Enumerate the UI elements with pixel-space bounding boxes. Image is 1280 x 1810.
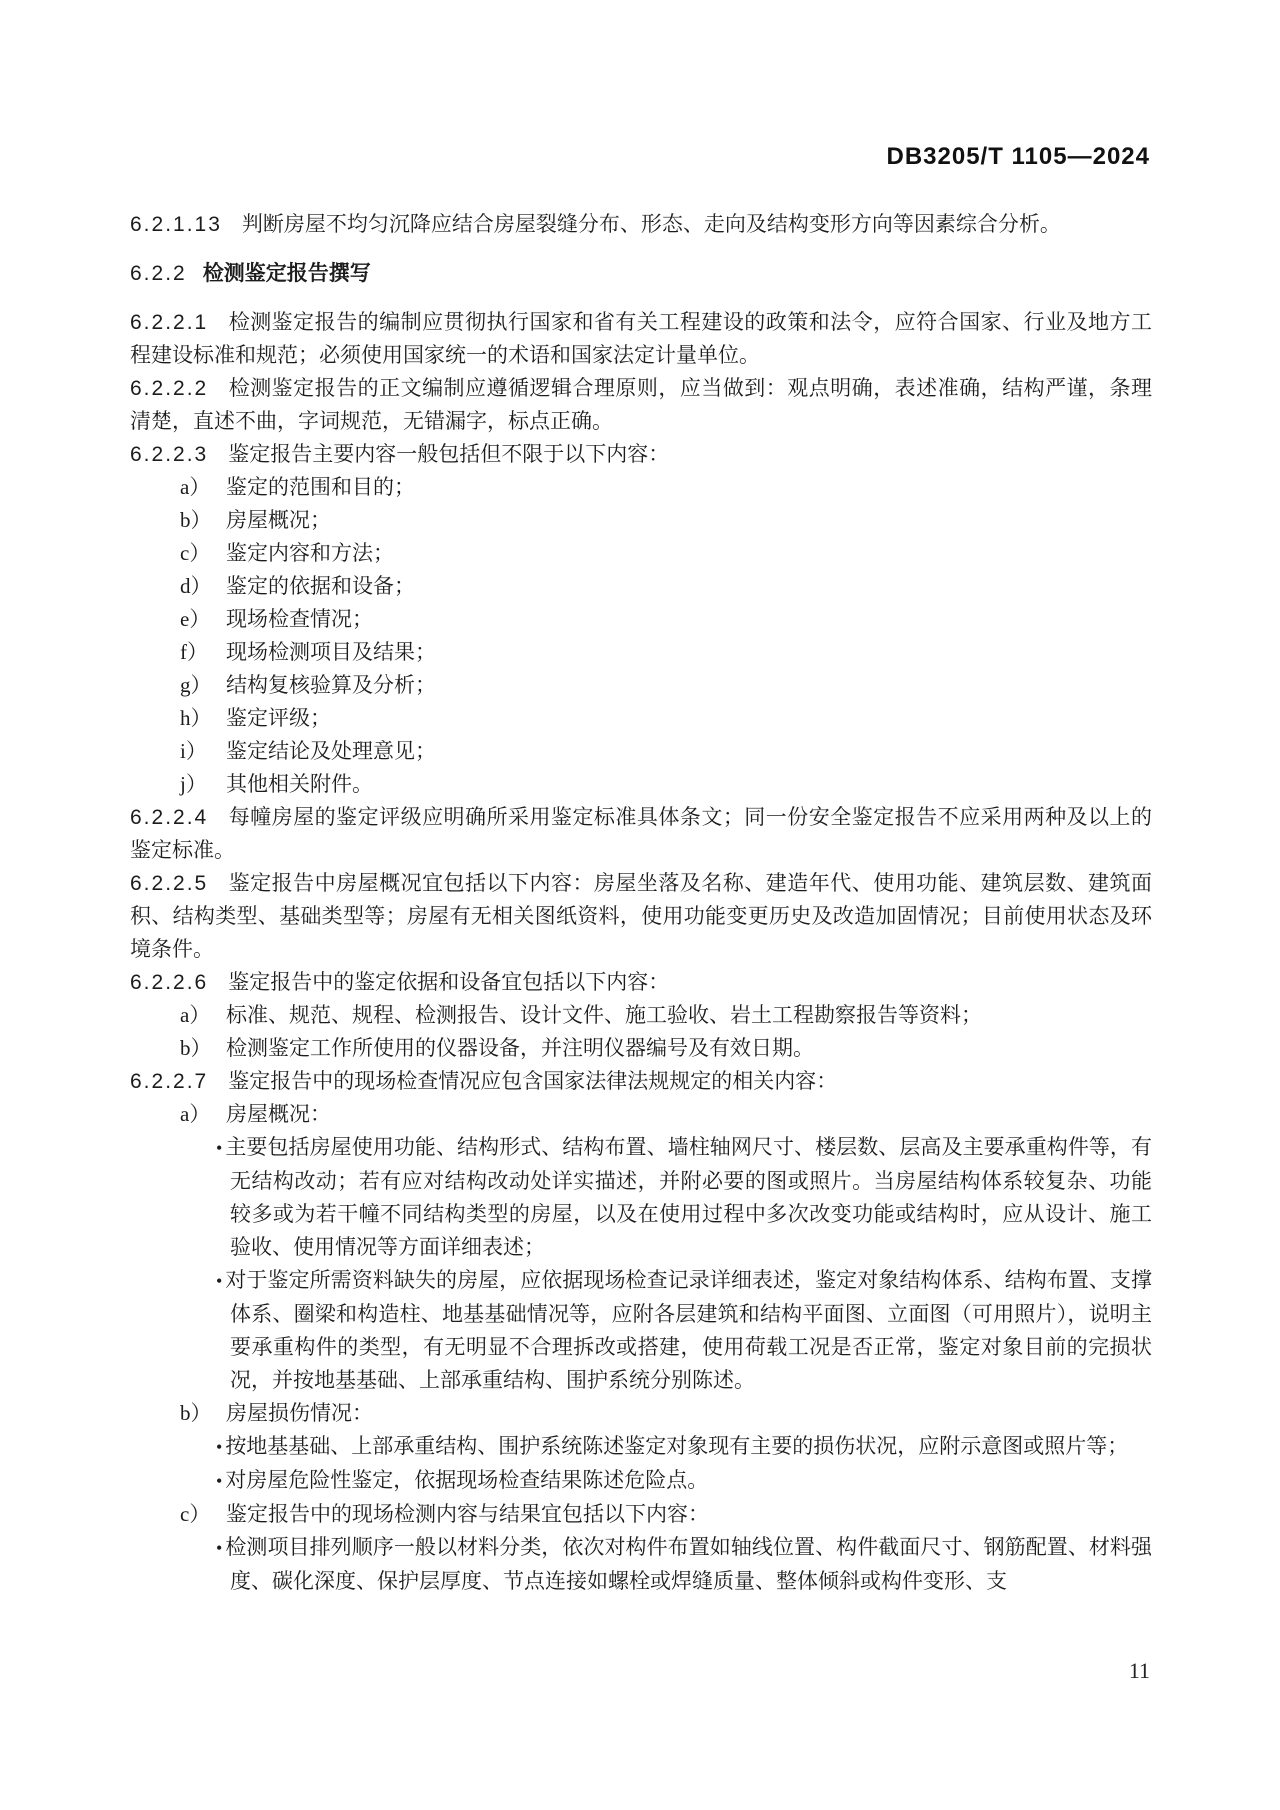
list-item-marker: f） xyxy=(180,636,226,669)
list-item: b）房屋概况； xyxy=(180,504,1152,537)
clause-paragraph: 6.2.2.3鉴定报告主要内容一般包括但不限于以下内容： xyxy=(130,438,1152,471)
list-item-marker: i） xyxy=(180,735,226,768)
list-item-text: 鉴定评级； xyxy=(226,706,331,730)
clause-text: 鉴定报告主要内容一般包括但不限于以下内容： xyxy=(228,442,669,466)
list-item: a）房屋概况： xyxy=(180,1098,1152,1131)
list-item: f）现场检测项目及结果； xyxy=(180,636,1152,669)
list-item-marker: a） xyxy=(180,999,226,1032)
bullet-icon: • xyxy=(216,1538,222,1558)
clause-text: 鉴定报告中的鉴定依据和设备宜包括以下内容： xyxy=(228,970,669,994)
list-item: b）房屋损伤情况： xyxy=(180,1397,1152,1430)
clause-number: 6.2.2.1 xyxy=(130,311,208,334)
list-item-marker: e） xyxy=(180,603,226,636)
clause-number: 6.2.2.3 xyxy=(130,443,208,466)
list-item: c）鉴定内容和方法； xyxy=(180,537,1152,570)
bullet-text: 对于鉴定所需资料缺失的房屋，应依据现场检查记录详细表述，鉴定对象结构体系、结构布… xyxy=(225,1268,1152,1392)
list-item-text: 鉴定内容和方法； xyxy=(226,541,394,565)
list-item-marker: a） xyxy=(180,471,226,504)
bullet-icon: • xyxy=(216,1271,222,1291)
clause-paragraph: 6.2.2.4每幢房屋的鉴定评级应明确所采用鉴定标准具体条文；同一份安全鉴定报告… xyxy=(130,801,1152,867)
bullet-icon: • xyxy=(216,1138,222,1158)
clause-text: 每幢房屋的鉴定评级应明确所采用鉴定标准具体条文；同一份安全鉴定报告不应采用两种及… xyxy=(130,805,1152,862)
clause-number: 6.2.2.2 xyxy=(130,377,208,400)
bullet-text: 按地基基础、上部承重结构、围护系统陈述鉴定对象现有主要的损伤状况，应附示意图或照… xyxy=(225,1434,1128,1458)
bullet-icon: • xyxy=(216,1437,222,1457)
list-item: e）现场检查情况； xyxy=(180,603,1152,636)
section-heading: 6.2.2检测鉴定报告撰写 xyxy=(130,257,1152,290)
page-footer: 11 xyxy=(1129,1658,1150,1684)
clause-paragraph: 6.2.1.13判断房屋不均匀沉降应结合房屋裂缝分布、形态、走向及结构变形方向等… xyxy=(130,208,1152,241)
bullet-text: 检测项目排列顺序一般以材料分类，依次对构件布置如轴线位置、构件截面尺寸、钢筋配置… xyxy=(225,1535,1152,1593)
clause-text: 鉴定报告中房屋概况宜包括以下内容：房屋坐落及名称、建造年代、使用功能、建筑层数、… xyxy=(130,871,1152,961)
page-header: DB3205/T 1105—2024 xyxy=(130,143,1150,171)
clause-paragraph: 6.2.2.1检测鉴定报告的编制应贯彻执行国家和省有关工程建设的政策和法令，应符… xyxy=(130,306,1152,372)
list-item: a）鉴定的范围和目的； xyxy=(180,471,1152,504)
list-item-text: 鉴定的依据和设备； xyxy=(226,574,415,598)
list-item-text: 鉴定的范围和目的； xyxy=(226,475,415,499)
clause-text: 检测鉴定报告的正文编制应遵循逻辑合理原则，应当做到：观点明确，表述准确，结构严谨… xyxy=(130,376,1152,433)
standard-document-page: DB3205/T 1105—2024 6.2.1.13判断房屋不均匀沉降应结合房… xyxy=(0,0,1280,1810)
bullet-text: 对房屋危险性鉴定，依据现场检查结果陈述危险点。 xyxy=(225,1468,708,1492)
bullet-text: 主要包括房屋使用功能、结构形式、结构布置、墙柱轴网尺寸、楼层数、层高及主要承重构… xyxy=(225,1135,1152,1259)
heading-text: 检测鉴定报告撰写 xyxy=(203,262,371,285)
standard-number: DB3205/T 1105—2024 xyxy=(886,143,1150,170)
list-item-marker: g） xyxy=(180,669,226,702)
clause-number: 6.2.2 xyxy=(130,262,187,285)
list-item: j）其他相关附件。 xyxy=(180,768,1152,801)
list-item-text: 现场检查情况； xyxy=(226,607,373,631)
list-item-text: 结构复核验算及分析； xyxy=(226,673,436,697)
clause-paragraph: 6.2.2.7鉴定报告中的现场检查情况应包含国家法律法规规定的相关内容： xyxy=(130,1065,1152,1098)
list-item-marker: h） xyxy=(180,702,226,735)
clause-paragraph: 6.2.2.5鉴定报告中房屋概况宜包括以下内容：房屋坐落及名称、建造年代、使用功… xyxy=(130,867,1152,966)
clause-text: 判断房屋不均匀沉降应结合房屋裂缝分布、形态、走向及结构变形方向等因素综合分析。 xyxy=(242,212,1061,236)
bullet-item: •对房屋危险性鉴定，依据现场检查结果陈述危险点。 xyxy=(130,1464,1152,1498)
list-item-marker: c） xyxy=(180,537,226,570)
clause-number: 6.2.2.5 xyxy=(130,872,208,895)
list-item: i）鉴定结论及处理意见； xyxy=(180,735,1152,768)
list-item-marker: b） xyxy=(180,504,226,537)
list-item: d）鉴定的依据和设备； xyxy=(180,570,1152,603)
list-item: a）标准、规范、规程、检测报告、设计文件、施工验收、岩土工程勘察报告等资料； xyxy=(180,999,1152,1032)
clause-paragraph: 6.2.2.6鉴定报告中的鉴定依据和设备宜包括以下内容： xyxy=(130,966,1152,999)
list-item-marker: b） xyxy=(180,1397,226,1430)
list-item: h）鉴定评级； xyxy=(180,702,1152,735)
list-item-text: 房屋概况； xyxy=(226,508,331,532)
page-number: 11 xyxy=(1129,1658,1150,1683)
list-item-text: 鉴定结论及处理意见； xyxy=(226,739,436,763)
clause-number: 6.2.2.6 xyxy=(130,971,208,994)
list-item-marker: c） xyxy=(180,1498,226,1531)
bullet-item: •主要包括房屋使用功能、结构形式、结构布置、墙柱轴网尺寸、楼层数、层高及主要承重… xyxy=(130,1131,1152,1264)
list-item: b）检测鉴定工作所使用的仪器设备，并注明仪器编号及有效日期。 xyxy=(180,1032,1152,1065)
list-item: g）结构复核验算及分析； xyxy=(180,669,1152,702)
document-body: 6.2.1.13判断房屋不均匀沉降应结合房屋裂缝分布、形态、走向及结构变形方向等… xyxy=(130,208,1152,1598)
clause-number: 6.2.2.4 xyxy=(130,806,208,829)
list-item-marker: a） xyxy=(180,1098,226,1131)
list-item-text: 检测鉴定工作所使用的仪器设备，并注明仪器编号及有效日期。 xyxy=(226,1036,814,1060)
clause-paragraph: 6.2.2.2检测鉴定报告的正文编制应遵循逻辑合理原则，应当做到：观点明确，表述… xyxy=(130,372,1152,438)
clause-text: 检测鉴定报告的编制应贯彻执行国家和省有关工程建设的政策和法令，应符合国家、行业及… xyxy=(130,310,1152,367)
list-item-marker: j） xyxy=(180,768,226,801)
clause-number: 6.2.1.13 xyxy=(130,213,222,236)
clause-number: 6.2.2.7 xyxy=(130,1070,208,1093)
list-item-text: 其他相关附件。 xyxy=(226,772,373,796)
list-item-text: 鉴定报告中的现场检测内容与结果宜包括以下内容： xyxy=(226,1502,709,1526)
clause-text: 鉴定报告中的现场检查情况应包含国家法律法规规定的相关内容： xyxy=(228,1069,837,1093)
bullet-item: •对于鉴定所需资料缺失的房屋，应依据现场检查记录详细表述，鉴定对象结构体系、结构… xyxy=(130,1264,1152,1397)
bullet-icon: • xyxy=(216,1471,222,1491)
list-item-text: 标准、规范、规程、检测报告、设计文件、施工验收、岩土工程勘察报告等资料； xyxy=(226,1003,982,1027)
list-item-text: 现场检测项目及结果； xyxy=(226,640,436,664)
list-item-text: 房屋损伤情况： xyxy=(226,1401,373,1425)
list-item-text: 房屋概况： xyxy=(226,1102,331,1126)
bullet-item: •按地基基础、上部承重结构、围护系统陈述鉴定对象现有主要的损伤状况，应附示意图或… xyxy=(130,1430,1152,1464)
list-item-marker: d） xyxy=(180,570,226,603)
list-item-marker: b） xyxy=(180,1032,226,1065)
list-item: c）鉴定报告中的现场检测内容与结果宜包括以下内容： xyxy=(180,1498,1152,1531)
bullet-item: •检测项目排列顺序一般以材料分类，依次对构件布置如轴线位置、构件截面尺寸、钢筋配… xyxy=(130,1531,1152,1598)
